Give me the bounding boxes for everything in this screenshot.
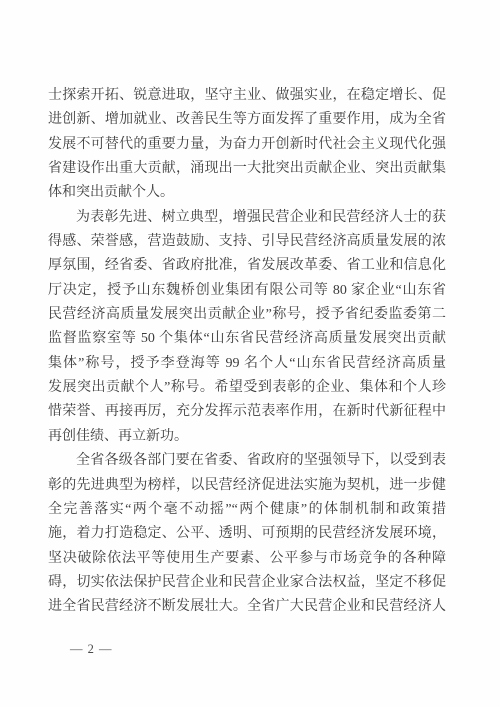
text-line: 碍，切实依法保护民营企业和民营企业家合法权益，坚定不移促 — [48, 571, 446, 595]
text-line: 体和突出贡献个人。 — [48, 181, 446, 205]
text-line: 发展突出贡献个人”称号。希望受到表彰的企业、集体和个人珍 — [48, 376, 446, 400]
text-line: 进创新、增加就业、改善民生等方面发挥了重要作用，成为全省 — [48, 108, 446, 132]
text-line: 彰的先进典型为榜样，以民营经济促进法实施为契机，进一步健 — [48, 474, 446, 498]
text-line: 坚决破除依法平等使用生产要素、公平参与市场竞争的各种障 — [48, 547, 446, 571]
text-line: 全完善落实“两个毫不动摇”“两个健康”的体制机制和政策措 — [48, 498, 446, 522]
text-line: 惜荣誉、再接再厉，充分发挥示范表率作用，在新时代新征程中 — [48, 400, 446, 424]
paragraph: 士探索开拓、锐意进取，坚守主业、做强实业，在稳定增长、促进创新、增加就业、改善民… — [48, 84, 446, 206]
text-line: 得感、荣誉感，营造鼓励、支持、引导民营经济高质量发展的浓 — [48, 230, 446, 254]
text-line: 厅决定，授予山东魏桥创业集团有限公司等 80 家企业“山东省 — [48, 279, 446, 303]
text-line: 进全省民营经济不断发展壮大。全省广大民营企业和民营经济人 — [48, 595, 446, 619]
text-line: 集体”称号，授予李登海等 99 名个人“山东省民营经济高质量 — [48, 352, 446, 376]
text-line: 省建设作出重大贡献，涌现出一大批突出贡献企业、突出贡献集 — [48, 157, 446, 181]
text-line: 再创佳绩、再立新功。 — [48, 425, 446, 449]
text-line: 民营经济高质量发展突出贡献企业”称号，授予省纪委监委第二 — [48, 303, 446, 327]
text-line: 监督监察室等 50 个集体“山东省民营经济高质量发展突出贡献 — [48, 327, 446, 351]
text-line: 厚氛围，经省委、省政府批准，省发展改革委、省工业和信息化 — [48, 254, 446, 278]
page-number: — 2 — — [70, 642, 113, 657]
text-line: 为表彰先进、树立典型，增强民营企业和民营经济人士的获 — [48, 206, 446, 230]
paragraph: 全省各级各部门要在省委、省政府的坚强领导下，以受到表彰的先进典型为榜样，以民营经… — [48, 449, 446, 619]
document-body: 士探索开拓、锐意进取，坚守主业、做强实业，在稳定增长、促进创新、增加就业、改善民… — [48, 84, 446, 620]
text-line: 施，着力打造稳定、公平、透明、可预期的民营经济发展环境， — [48, 522, 446, 546]
text-line: 发展不可替代的重要力量，为奋力开创新时代社会主义现代化强 — [48, 133, 446, 157]
text-line: 全省各级各部门要在省委、省政府的坚强领导下，以受到表 — [48, 449, 446, 473]
document-page: 士探索开拓、锐意进取，坚守主业、做强实业，在稳定增长、促进创新、增加就业、改善民… — [0, 0, 500, 707]
text-line: 士探索开拓、锐意进取，坚守主业、做强实业，在稳定增长、促 — [48, 84, 446, 108]
paragraph: 为表彰先进、树立典型，增强民营企业和民营经济人士的获得感、荣誉感，营造鼓励、支持… — [48, 206, 446, 449]
